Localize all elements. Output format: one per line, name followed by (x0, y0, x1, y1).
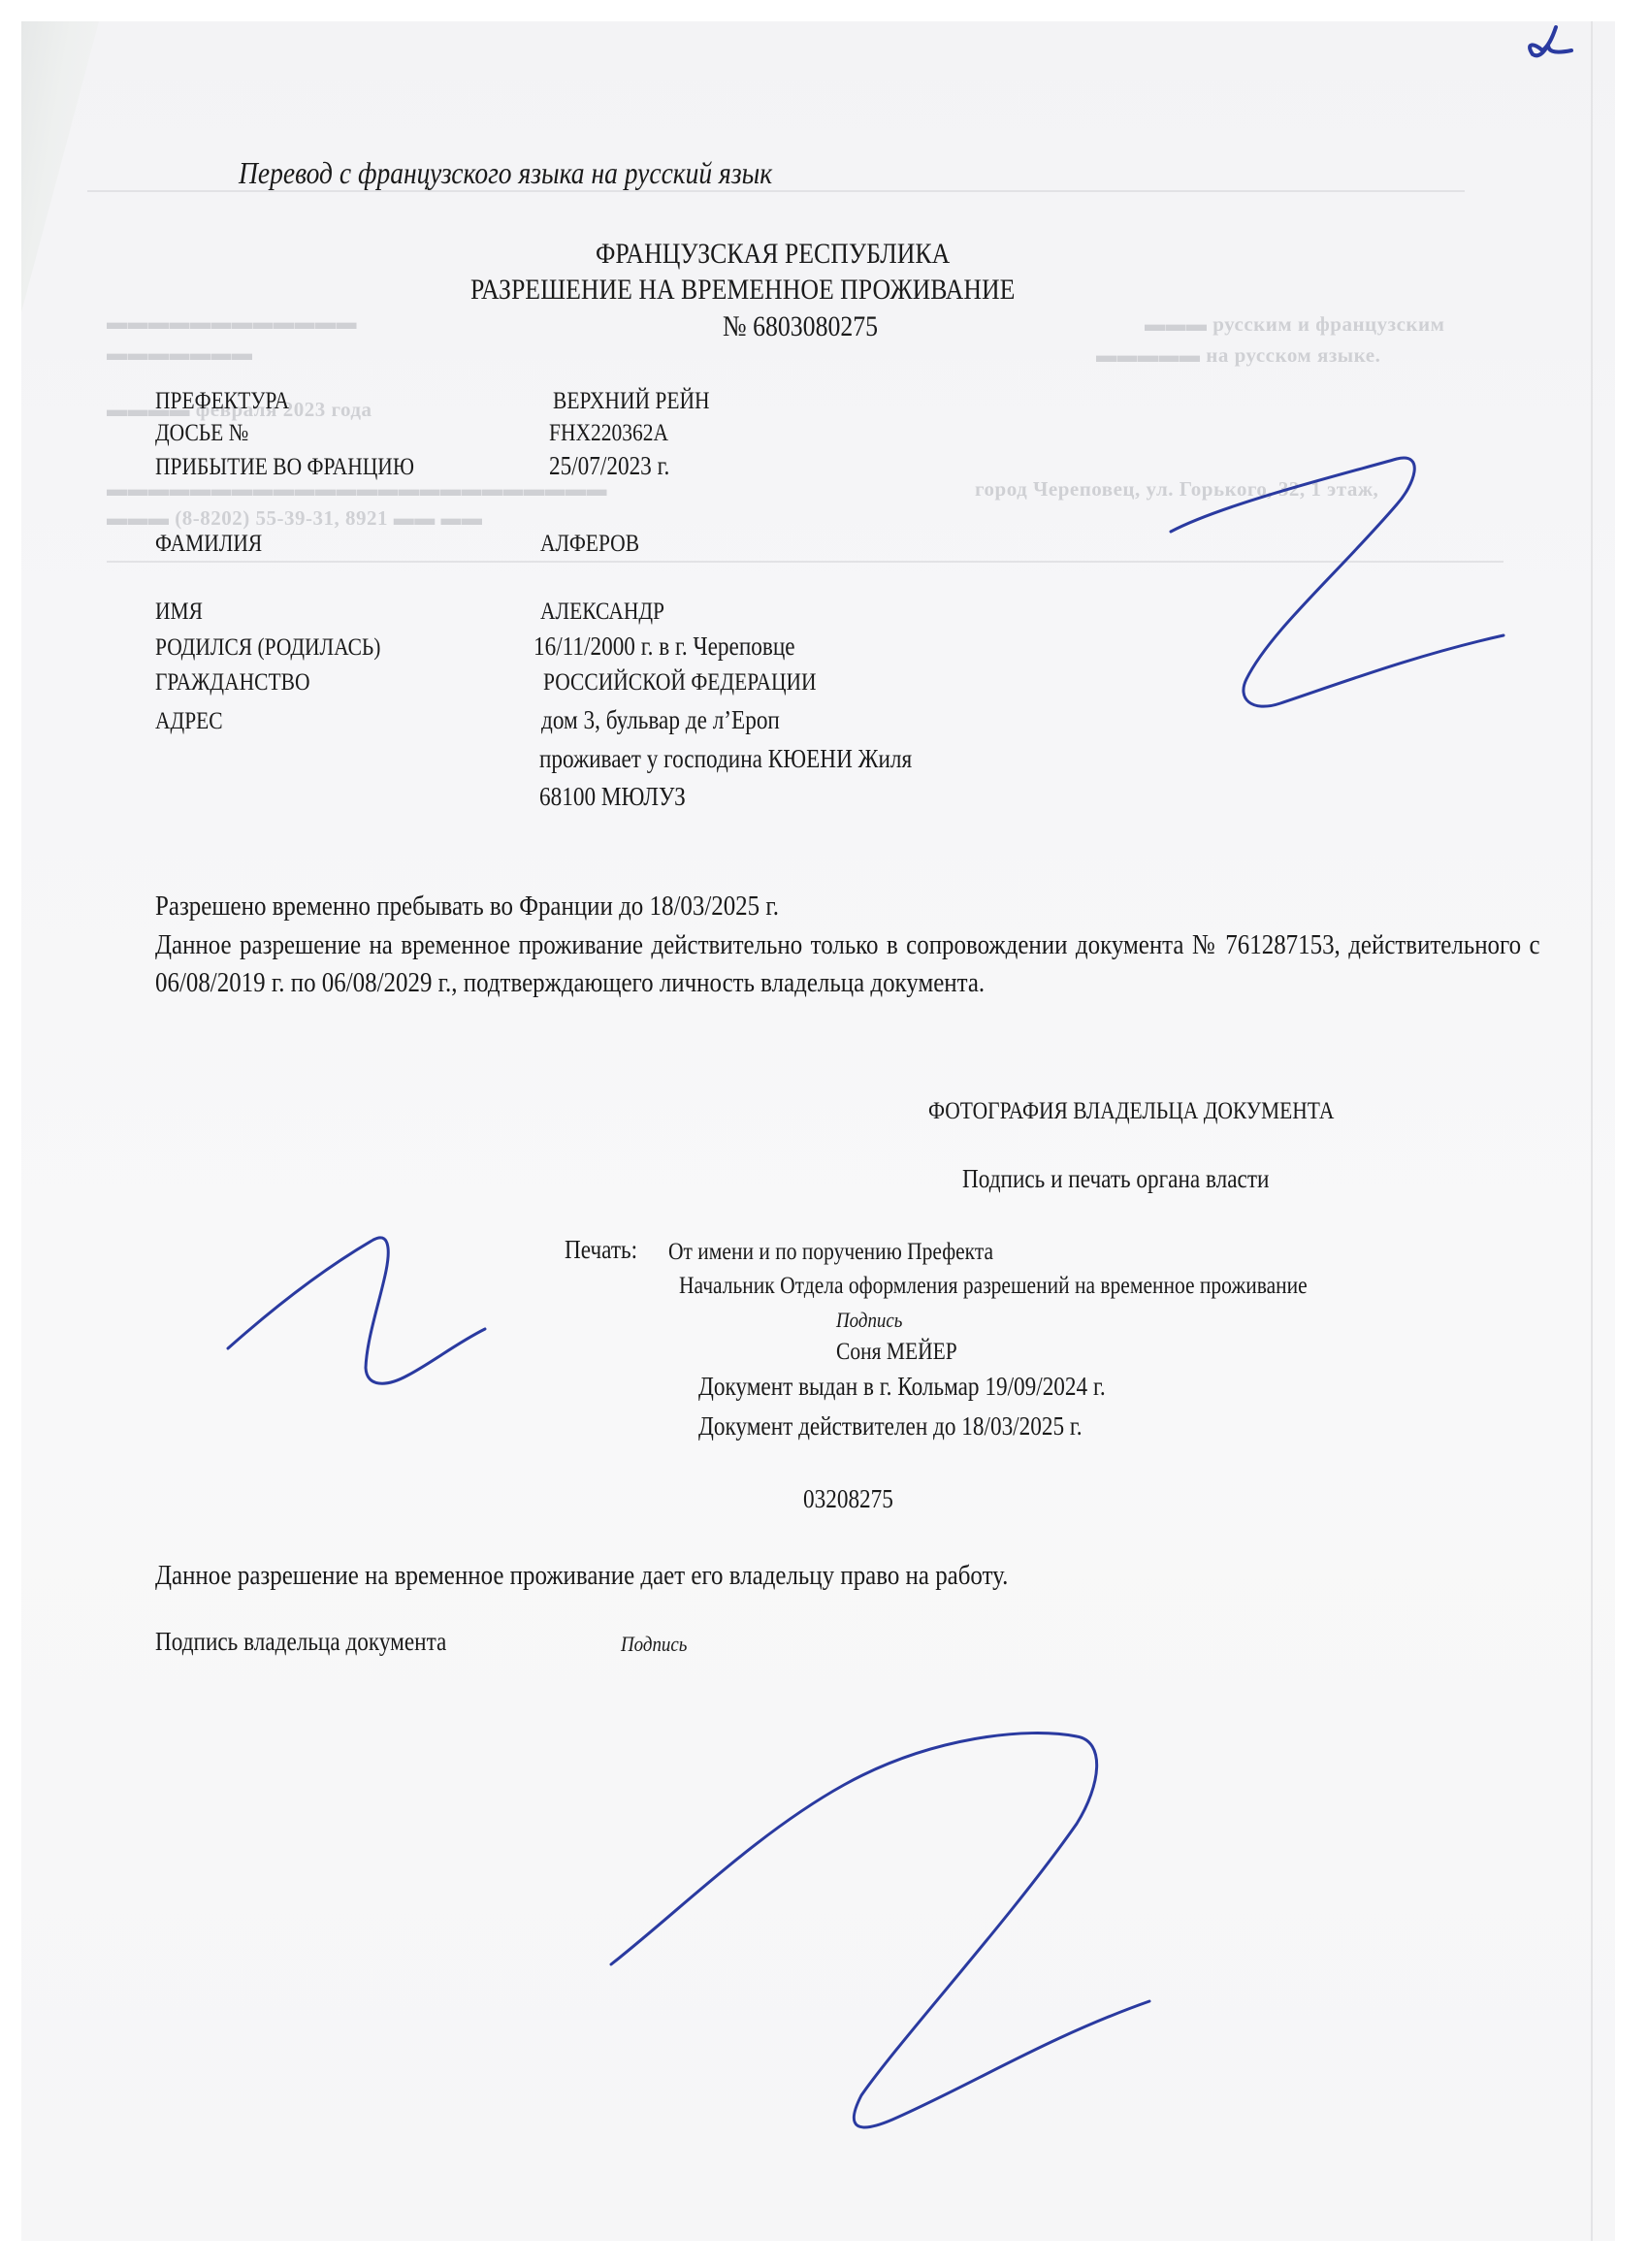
country-title: ФРАНЦУЗСКАЯ РЕСПУБЛИКА (596, 238, 950, 271)
document-title: РАЗРЕШЕНИЕ НА ВРЕМЕННОЕ ПРОЖИВАНИЕ (470, 274, 1015, 307)
stamp-label: Печать: (565, 1235, 637, 1265)
stay-permitted-text: Разрешено временно пребывать во Франции … (155, 891, 779, 923)
ghost-text: ▬▬▬▬▬ на русском языке. (1096, 343, 1380, 368)
translation-note: Перевод с французского языка на русский … (239, 155, 772, 191)
field-value-surname: АЛФЕРОВ (540, 531, 639, 558)
field-label-prefecture: ПРЕФЕКТУРА (155, 388, 289, 415)
stamp-signer: Соня МЕЙЕР (836, 1339, 957, 1366)
field-label-surname: ФАМИЛИЯ (155, 531, 262, 558)
ghost-text: город Череповец, ул. Горького, 32, 1 эта… (975, 477, 1378, 502)
field-value-prefecture: ВЕРХНИЙ РЕЙН (553, 388, 710, 415)
work-right-text: Данное разрешение на временное проживани… (155, 1560, 1008, 1592)
ghost-rule (107, 561, 1503, 563)
serial-number: 03208275 (803, 1484, 893, 1514)
field-label-citizenship: ГРАЖДАНСТВО (155, 669, 309, 697)
stamp-signature-note: Подпись (836, 1308, 902, 1333)
document-number: № 6803080275 (723, 310, 878, 343)
address-line-3: 68100 МЮЛУЗ (539, 782, 686, 812)
photo-label: ФОТОГРАФИЯ ВЛАДЕЛЬЦА ДОКУМЕНТА (928, 1098, 1334, 1125)
holder-signature-note: Подпись (621, 1632, 687, 1657)
field-label-born: РОДИЛСЯ (РОДИЛАСЬ) (155, 634, 380, 662)
field-value-address: дом 3, бульвар де л’Ероп (541, 705, 780, 735)
stamp-line-2: Начальник Отдела оформления разрешений н… (679, 1273, 1308, 1300)
field-value-name: АЛЕКСАНДР (540, 599, 664, 626)
validity-paragraph: Данное разрешение на временное проживани… (155, 926, 1540, 1002)
field-value-dossier: FHX220362A (549, 420, 668, 447)
field-value-born: 16/11/2000 г. в г. Череповце (533, 632, 795, 662)
field-label-arrival: ПРИБЫТИЕ ВО ФРАНЦИЮ (155, 454, 414, 481)
field-value-citizenship: РОССИЙСКОЙ ФЕДЕРАЦИИ (543, 669, 817, 697)
ghost-text: ▬▬▬ русским и французским (1145, 312, 1444, 337)
authority-signature-label: Подпись и печать органа власти (962, 1164, 1269, 1194)
address-line-2: проживает у господина КЮЕНИ Жиля (539, 744, 912, 774)
field-label-dossier: ДОСЬЕ № (155, 420, 248, 447)
page-edge (1591, 21, 1593, 2241)
ghost-text: ▬▬▬▬▬▬▬ (107, 341, 253, 366)
stamp-line-1: От имени и по поручению Префекта (668, 1239, 993, 1266)
ghost-text: ▬▬▬▬▬▬▬▬▬▬▬▬ (107, 310, 357, 335)
issued-text: Документ выдан в г. Кольмар 19/09/2024 г… (698, 1372, 1106, 1402)
ghost-text: ▬▬▬ (8-8202) 55-39-31, 8921 ▬▬ ▬▬ (107, 506, 482, 531)
holder-signature-label: Подпись владельца документа (155, 1627, 446, 1657)
field-label-name: ИМЯ (155, 599, 203, 626)
field-value-arrival: 25/07/2023 г. (549, 451, 669, 481)
valid-until-text: Документ действителен до 18/03/2025 г. (698, 1411, 1083, 1442)
field-label-address: АДРЕС (155, 708, 223, 735)
